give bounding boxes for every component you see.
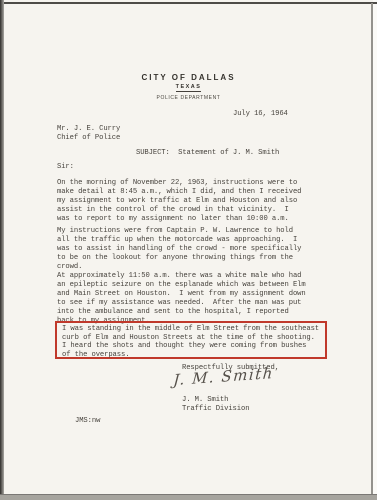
scan-edge-bottom [0, 494, 377, 500]
scan-edge-top [0, 2, 377, 4]
typist-initials: JMS:nw [75, 417, 100, 426]
subject-line: SUBJECT: Statement of J. M. Smith [136, 149, 279, 158]
recipient-block: Mr. J. E. Curry Chief of Police [57, 125, 120, 143]
letterhead-state-label: TEXAS [176, 84, 202, 92]
date-line: July 16, 1964 [233, 110, 288, 119]
scanned-letter-page: CITY OF DALLAS TEXAS POLICE DEPARTMENT J… [0, 0, 377, 500]
highlighted-paragraph: I was standing in the middle of Elm Stre… [62, 325, 319, 359]
letterhead-city: CITY OF DALLAS [0, 73, 377, 82]
body-paragraph-1: On the morning of November 22, 1963, ins… [57, 179, 301, 224]
letterhead-state: TEXAS [0, 84, 377, 92]
letterhead-department: POLICE DEPARTMENT [0, 95, 377, 101]
salutation: Sir: [57, 163, 74, 172]
signer-block: J. M. Smith Traffic Division [182, 396, 249, 414]
body-paragraph-2: My instructions were from Captain P. W. … [57, 227, 301, 272]
body-paragraph-3: At approximately 11:50 a.m. there was a … [57, 272, 306, 326]
